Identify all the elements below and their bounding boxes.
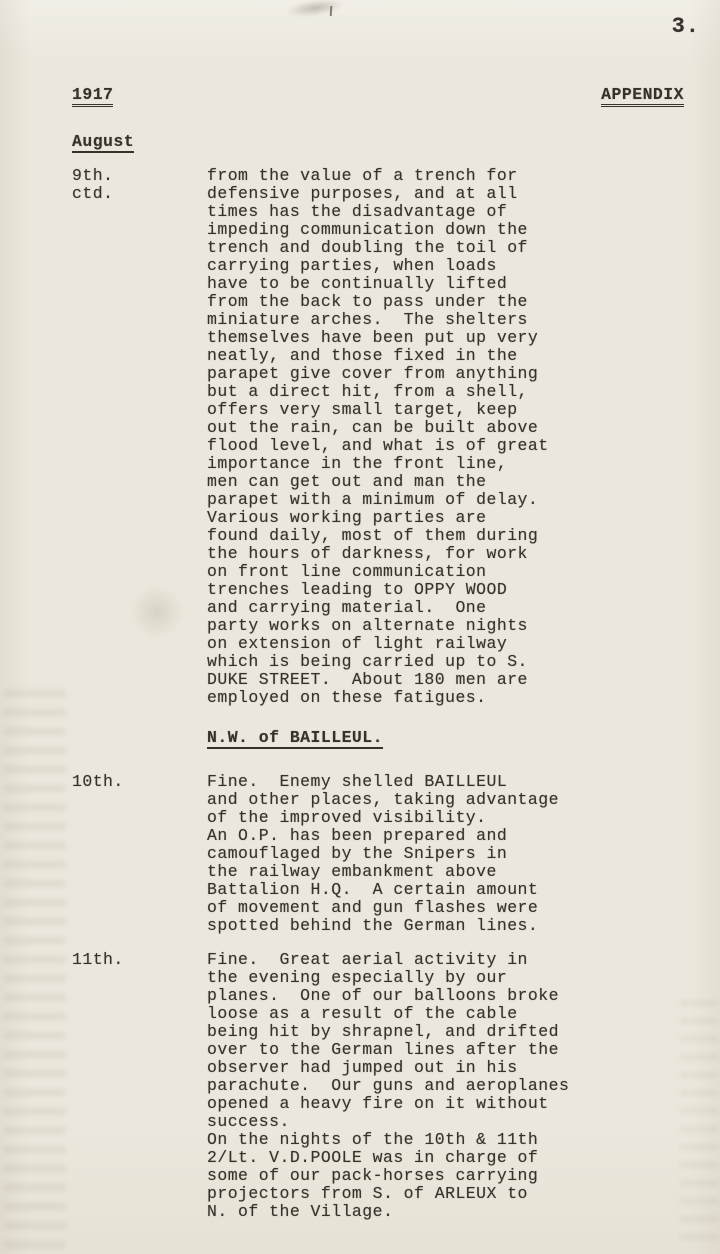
month-row: August xyxy=(72,133,684,151)
entry-body: Fine. Enemy shelled BAILLEUL and other p… xyxy=(207,773,684,935)
month-heading: August xyxy=(72,132,134,153)
document-page: 3. 1917 APPENDIX August 9th. ctd. from t… xyxy=(0,0,720,1254)
year-heading: 1917 xyxy=(72,86,113,107)
entry-body: Fine. Great aerial activity in the eveni… xyxy=(207,951,684,1221)
section-heading: N.W. of BAILLEUL. xyxy=(207,728,383,749)
header-row: 1917 APPENDIX xyxy=(72,86,684,107)
pencil-tick-mark xyxy=(330,6,333,16)
diary-entry-9th: 9th. ctd. from the value of a trench for… xyxy=(72,167,684,707)
appendix-heading: APPENDIX xyxy=(601,86,684,107)
smudge-mark xyxy=(285,0,345,20)
entry-date: 11th. xyxy=(72,951,207,969)
diary-entry-10th: 10th. Fine. Enemy shelled BAILLEUL and o… xyxy=(72,773,684,935)
page-number: 3. xyxy=(672,14,700,39)
entry-body: from the value of a trench for defensive… xyxy=(207,167,684,707)
bleed-through-left xyxy=(4,690,66,1250)
entry-date: 9th. ctd. xyxy=(72,167,207,203)
diary-content: 1917 APPENDIX August 9th. ctd. from the … xyxy=(72,86,684,1221)
entry-date: 10th. xyxy=(72,773,207,791)
bleed-through-right xyxy=(680,1000,718,1250)
diary-entry-11th: 11th. Fine. Great aerial activity in the… xyxy=(72,951,684,1221)
section-heading-row: N.W. of BAILLEUL. xyxy=(207,729,684,747)
